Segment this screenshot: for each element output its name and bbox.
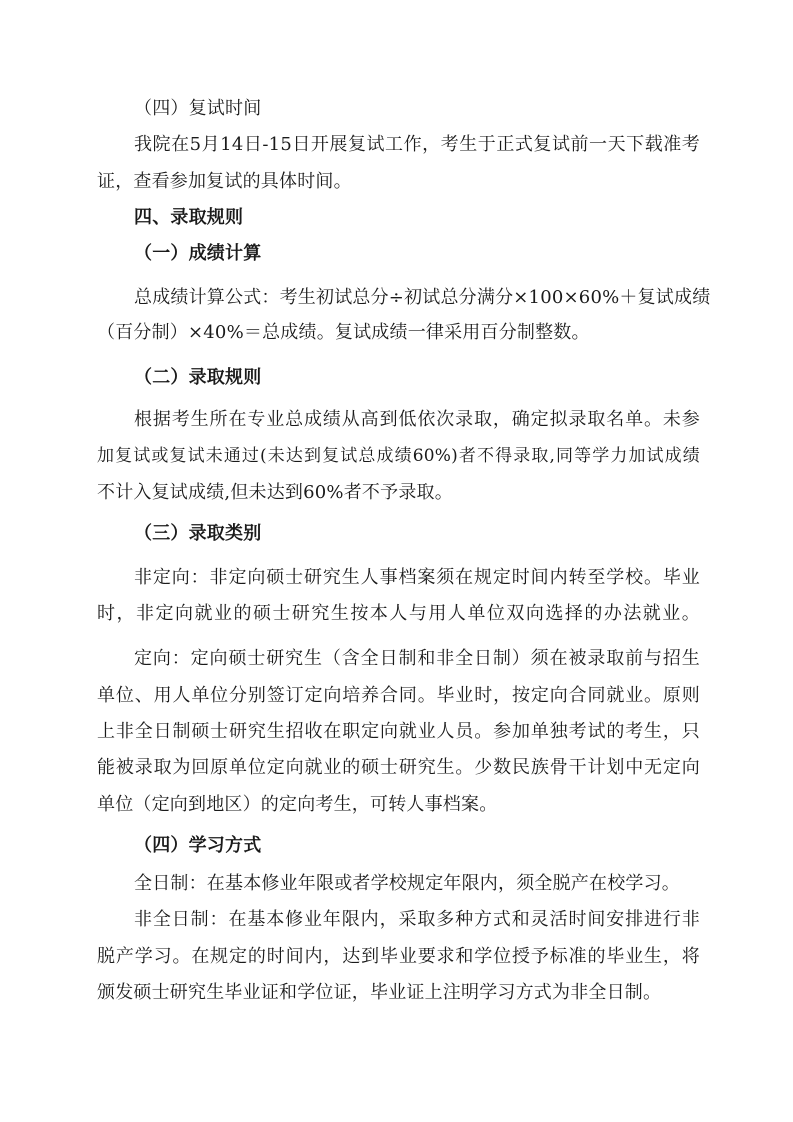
subheading-study-mode: （四）学习方式	[97, 834, 261, 858]
paragraph-line: 颁发硕士研究生毕业证和学位证，毕业证上注明学习方式为非全日制。	[97, 981, 661, 1005]
paragraph-line: 非全日制：在基本修业年限内，采取多种方式和灵活时间安排进行非	[97, 908, 700, 932]
paragraph-line: 全日制：在基本修业年限或者学校规定年限内，须全脱产在校学习。	[97, 872, 680, 896]
paragraph-line: 单位、用人单位分别签订定向培养合同。毕业时，按定向合同就业。原则	[97, 684, 700, 708]
subheading-score-calculation: （一）成绩计算	[97, 242, 261, 266]
paragraph-line: 能被录取为回原单位定向就业的硕士研究生。少数民族骨干计划中无定向	[97, 756, 700, 780]
paragraph-line: 不计入复试成绩,但未达到60%者不予录取。	[97, 481, 453, 505]
paragraph-line: 加复试或复试未通过(未达到复试总成绩60%)者不得录取,同等学力加试成绩	[97, 444, 700, 468]
paragraph-line: 脱产学习。在规定的时间内，达到毕业要求和学位授予标准的毕业生，将	[97, 945, 700, 969]
paragraph-line: 总成绩计算公式：考生初试总分÷初试总分满分×100×60%＋复试成绩	[97, 286, 700, 310]
subheading-retest-time: （四）复试时间	[97, 97, 261, 121]
paragraph-line: 定向：定向硕士研究生（含全日制和非全日制）须在被录取前与招生	[97, 647, 700, 671]
paragraph-line: 上非全日制硕士研究生招收在职定向就业人员。参加单独考试的考生，只	[97, 720, 700, 744]
paragraph-line: 时，非定向就业的硕士研究生按本人与用人单位双向选择的办法就业。	[97, 602, 700, 626]
paragraph-line: 根据考生所在专业总成绩从高到低依次录取，确定拟录取名单。未参	[97, 408, 700, 432]
paragraph-line: 我院在5月14日-15日开展复试工作，考生于正式复试前一天下载准考	[97, 133, 700, 157]
subheading-admission-categories: （三）录取类别	[97, 522, 261, 546]
paragraph-line: 单位（定向到地区）的定向考生，可转人事档案。	[97, 793, 497, 817]
paragraph-line: （百分制）×40%＝总成绩。复试成绩一律采用百分制整数。	[97, 321, 590, 345]
subheading-admission-rules: （二）录取规则	[97, 366, 261, 390]
paragraph-line: 非定向：非定向硕士研究生人事档案须在规定时间内转至学校。毕业	[97, 566, 700, 590]
paragraph-line: 证，查看参加复试的具体时间。	[97, 170, 352, 194]
section-heading-admission-rules: 四、录取规则	[97, 206, 243, 230]
